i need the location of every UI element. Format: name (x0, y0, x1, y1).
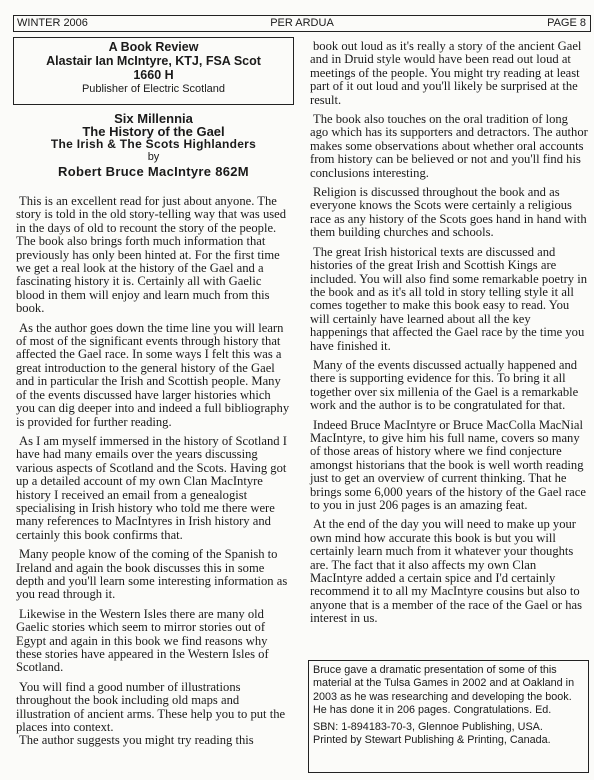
right-column: book out loud as it's really a story of … (310, 40, 588, 632)
body-paragraph: As the author goes down the time line yo… (16, 322, 292, 429)
body-paragraph: Many people know of the coming of the Sp… (16, 548, 292, 602)
body-paragraph: The book also touches on the oral tradit… (310, 113, 588, 180)
body-paragraph: Likewise in the Western Isles there are … (16, 608, 292, 675)
book-author: Robert Bruce MacIntyre 862M (13, 164, 294, 179)
book-title-block: Six Millennia The History of the Gael Th… (13, 112, 294, 179)
reviewer-name: Alastair Ian McIntyre, KTJ, FSA Scot (14, 54, 293, 68)
body-paragraph: This is an excellent read for just about… (16, 195, 292, 316)
body-paragraph: At the end of the day you will need to m… (310, 518, 588, 625)
editor-note-box: Bruce gave a dramatic presentation of so… (308, 660, 589, 773)
body-paragraph: Many of the events discussed actually ha… (310, 359, 588, 413)
body-paragraph: The great Irish historical texts are dis… (310, 246, 588, 353)
page-number: PAGE 8 (547, 16, 586, 31)
reviewer-role: Publisher of Electric Scotland (14, 82, 293, 96)
body-paragraph: Indeed Bruce MacIntyre or Bruce MacColla… (310, 419, 588, 513)
isbn-line: SBN: 1-894183-70-3, Glennoe Publishing, … (313, 721, 584, 734)
body-paragraph: You will find a good number of illustrat… (16, 681, 292, 735)
review-heading: A Book Review (14, 40, 293, 54)
body-paragraph: Religion is discussed throughout the boo… (310, 186, 588, 240)
by-label: by (13, 151, 294, 164)
printer-line: Printed by Stewart Publishing & Printing… (313, 734, 584, 747)
body-paragraph: book out loud as it's really a story of … (310, 40, 588, 107)
publication-name: PER ARDUA (14, 16, 590, 31)
body-paragraph: As I am myself immersed in the history o… (16, 435, 292, 542)
left-column: This is an excellent read for just about… (16, 195, 292, 754)
book-subtitle: The Irish & The Scots Highlanders (13, 138, 294, 151)
body-paragraph: The author suggests you might try readin… (16, 734, 292, 747)
editor-note: Bruce gave a dramatic presentation of so… (313, 664, 584, 718)
reviewer-member-number: 1660 H (14, 68, 293, 82)
page-header: WINTER 2006 PER ARDUA PAGE 8 (13, 15, 591, 32)
review-byline-box: A Book Review Alastair Ian McIntyre, KTJ… (13, 37, 294, 105)
